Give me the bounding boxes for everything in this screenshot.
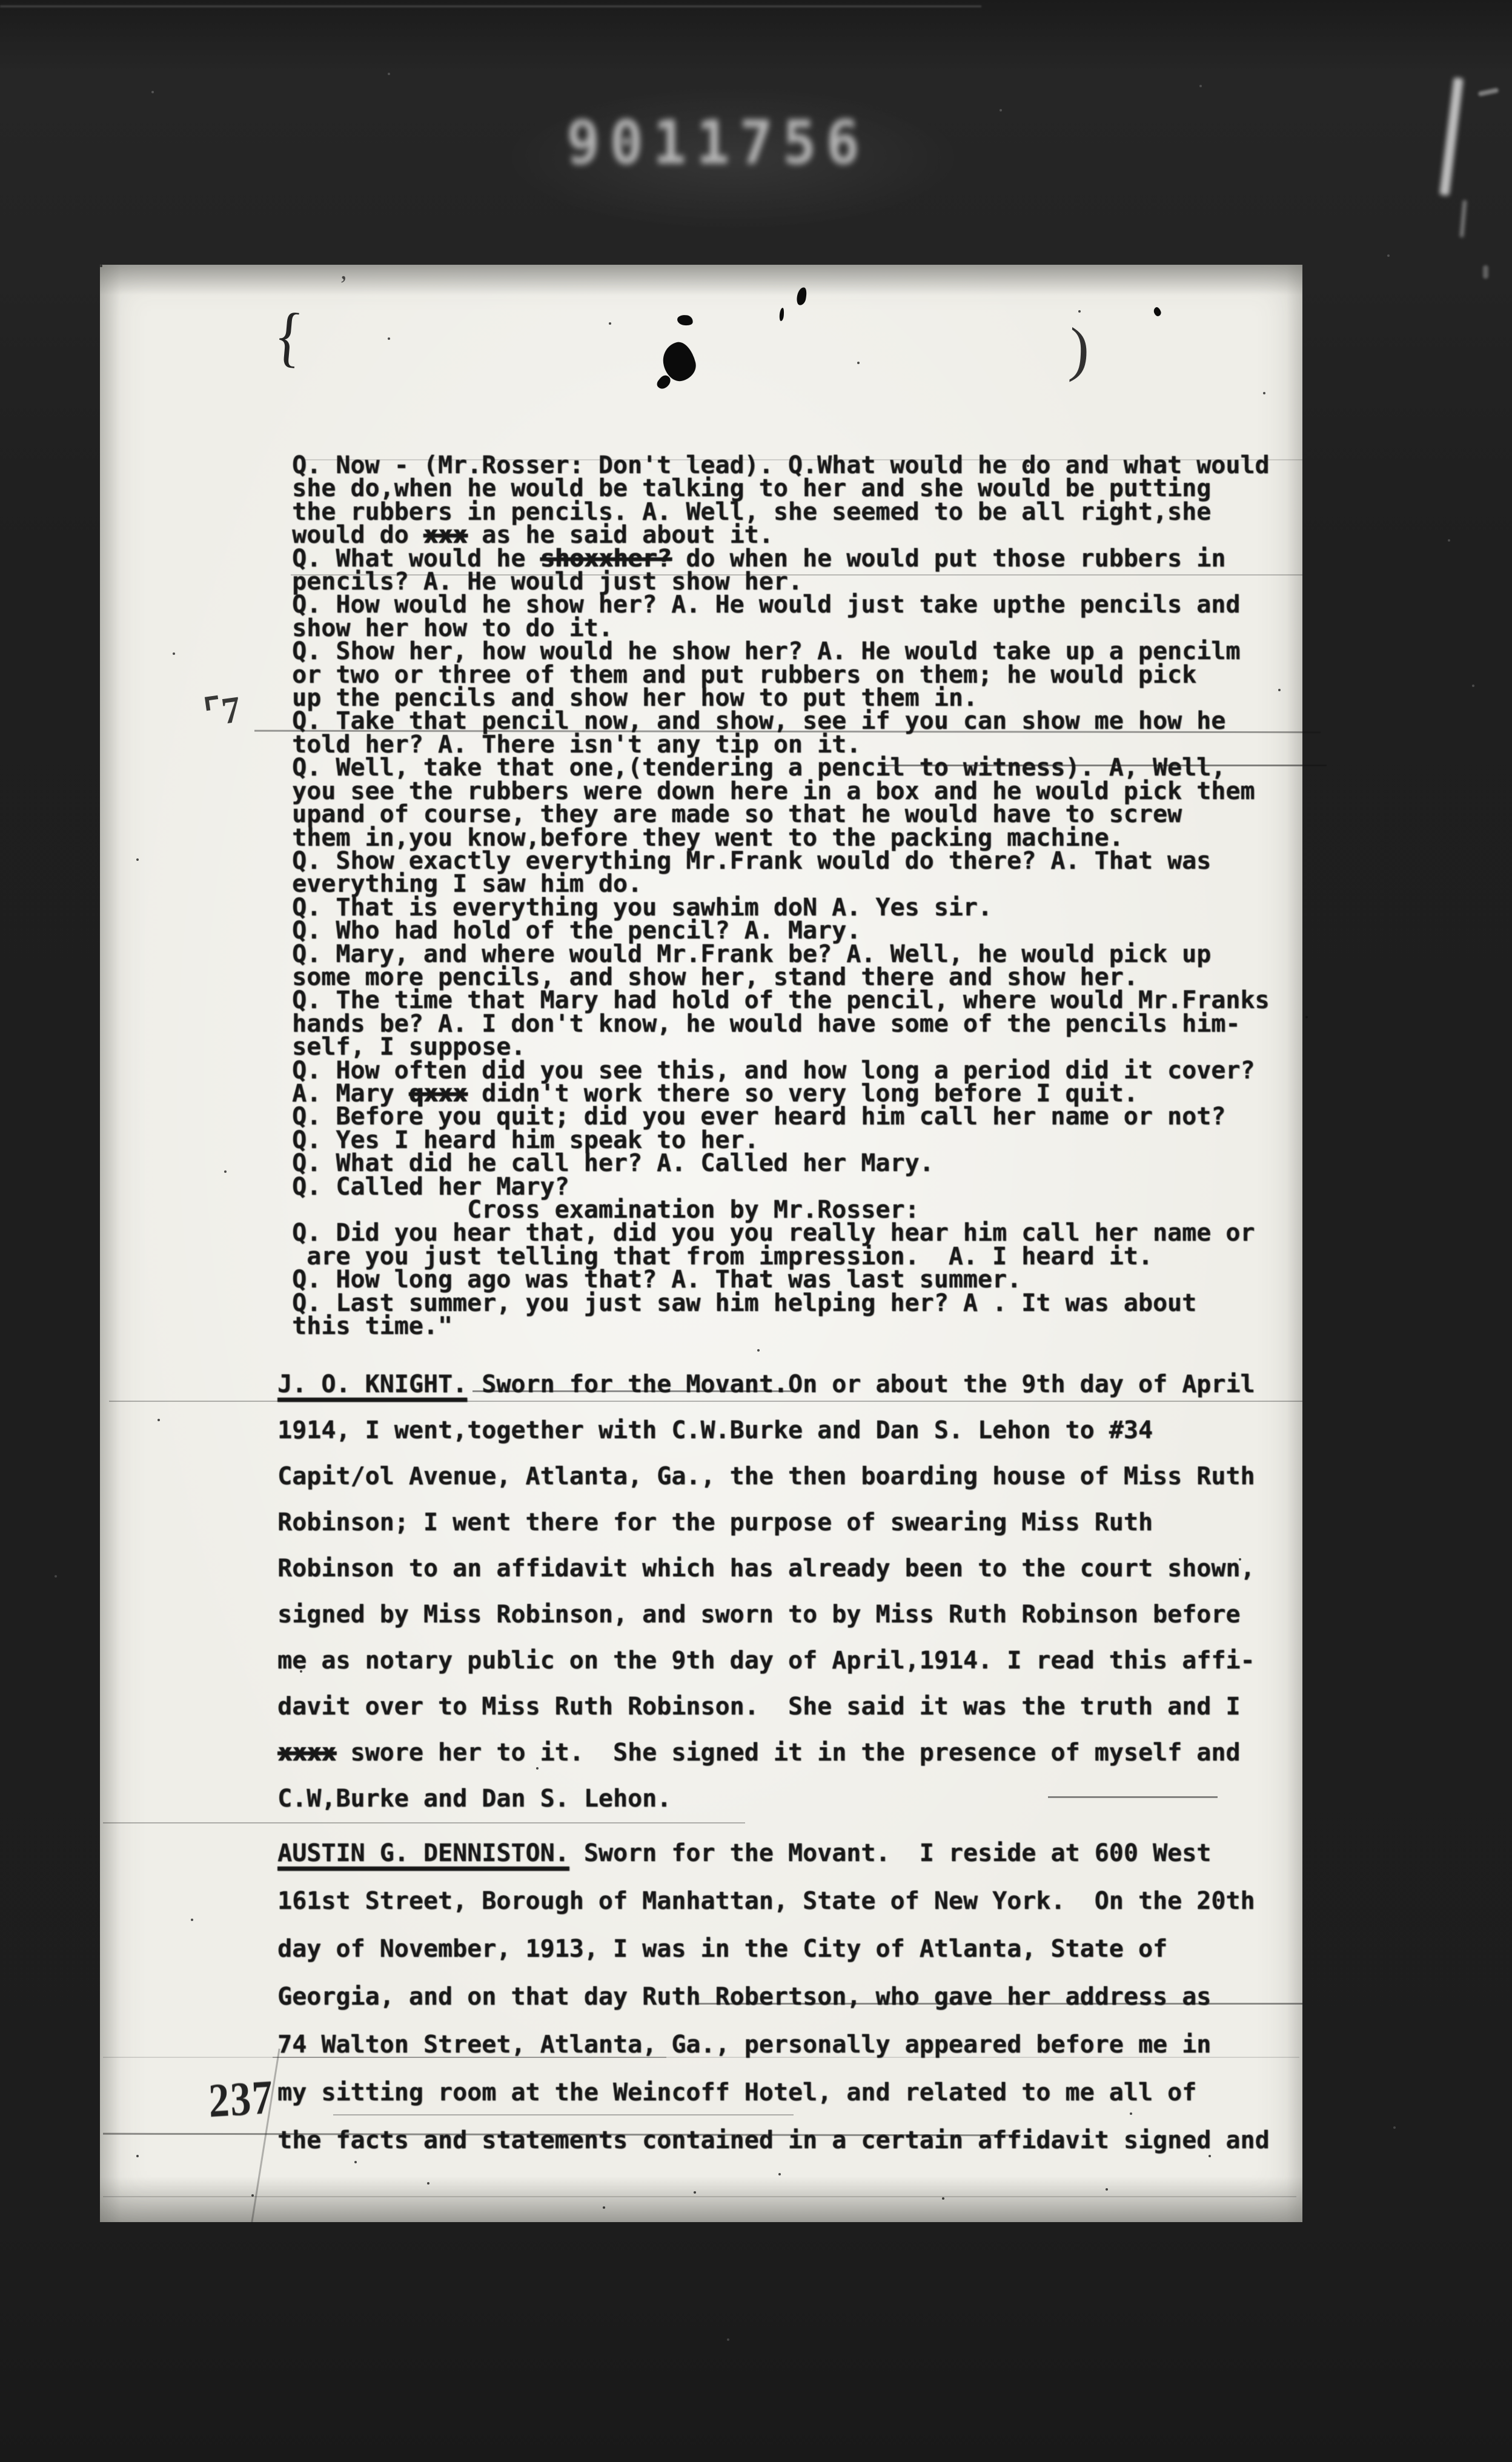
- text-line: you see the rubbers were down here in a …: [292, 780, 1270, 803]
- text-line: Q. Show her, how would he show her? A. H…: [292, 640, 1270, 663]
- text-line: Q. Last summer, you just saw him helping…: [292, 1292, 1270, 1315]
- film-line-artifact: [103, 2196, 1296, 2197]
- text-line: my sitting room at the Weincoff Hotel, a…: [277, 2069, 1270, 2117]
- text-line: Q. Yes I heard him speak to her.: [292, 1129, 1270, 1152]
- text-line: 1914, I went,together with C.W.Burke and…: [277, 1407, 1255, 1453]
- text-line: Q. Called her Mary?: [292, 1175, 1270, 1198]
- text-line: this time.": [292, 1315, 1270, 1338]
- document-page: { ) ’ ⌜7 Q. Now - (Mr.Rosser: Don't lead…: [100, 265, 1302, 2222]
- text-line: davit over to Miss Ruth Robinson. She sa…: [277, 1684, 1255, 1730]
- text-line: day of November, 1913, I was in the City…: [277, 1925, 1270, 1973]
- text-line: Q. How often did you see this, and how l…: [292, 1059, 1270, 1082]
- text-line: Q. Now - (Mr.Rosser: Don't lead). Q.What…: [292, 454, 1270, 477]
- film-speck: [151, 91, 154, 93]
- text-line: Q. What would he shoxxher? do when he wo…: [292, 547, 1270, 570]
- text-line: Cross examination by Mr.Rosser:: [292, 1198, 1270, 1221]
- text-line: are you just telling that from impressio…: [292, 1245, 1270, 1268]
- text-line: Capit/ol Avenue, Atlanta, Ga., the then …: [277, 1453, 1255, 1499]
- microfilm-scan: 9011756 { ) ’ ⌜7 Q. Now - (Mr.: [0, 0, 1512, 2462]
- stray-paren-mark: ): [1067, 314, 1091, 385]
- text-line: signed by Miss Robinson, and sworn to by…: [277, 1591, 1255, 1637]
- text-line: the rubbers in pencils. A. Well, she see…: [292, 500, 1270, 523]
- text-line: A. Mary qxxx didn't work there so very l…: [292, 1082, 1270, 1105]
- text-line: self, I suppose.: [292, 1035, 1270, 1058]
- film-scratch-line: [0, 5, 981, 7]
- knight-testimony: J. O. KNIGHT. Sworn for the Movant.On or…: [277, 1361, 1255, 1822]
- text-line: AUSTIN G. DENNISTON. Sworn for the Movan…: [277, 1830, 1270, 1877]
- text-line: J. O. KNIGHT. Sworn for the Movant.On or…: [277, 1361, 1255, 1407]
- qa-transcript: Q. Now - (Mr.Rosser: Don't lead). Q.What…: [292, 454, 1270, 1338]
- page-specks: [100, 265, 102, 267]
- ink-blob: [1153, 307, 1162, 317]
- text-line: Q. Who had hold of the pencil? A. Mary.: [292, 919, 1270, 942]
- ink-blob: [795, 287, 808, 306]
- text-line: Robinson to an affidavit which has alrea…: [277, 1545, 1255, 1591]
- text-line: would do xxx as he said about it.: [292, 523, 1270, 546]
- text-line: hands be? A. I don't know, he would have…: [292, 1012, 1270, 1035]
- text-line: Q. Take that pencil now, and show, see i…: [292, 709, 1270, 732]
- text-line: upand of course, they are made so that h…: [292, 803, 1270, 826]
- text-line: Q. That is everything you sawhim doN A. …: [292, 896, 1270, 919]
- text-line: Q. Did you hear that, did you you really…: [292, 1221, 1270, 1244]
- text-line: told her? A. There isn't any tip on it.: [292, 733, 1270, 756]
- text-line: 161st Street, Borough of Manhattan, Stat…: [277, 1877, 1270, 1925]
- text-line: me as notary public on the 9th day of Ap…: [277, 1637, 1255, 1684]
- film-scratch: [1483, 265, 1488, 279]
- text-line: up the pencils and show her how to put t…: [292, 686, 1270, 709]
- stray-brace-mark: {: [271, 296, 306, 376]
- page-number: 237: [208, 2073, 275, 2125]
- text-line: she do,when he would be talking to her a…: [292, 477, 1270, 500]
- ink-blob: [677, 314, 694, 327]
- text-line: them in,you know,before they went to the…: [292, 826, 1270, 849]
- text-line: C.W,Burke and Dan S. Lehon.: [277, 1776, 1255, 1822]
- text-line: Q. How long ago was that? A. That was la…: [292, 1268, 1270, 1291]
- text-line: pencils? A. He would just show her.: [292, 570, 1270, 593]
- film-scratch: [1478, 88, 1499, 97]
- text-line: or two or three of them and put rubbers …: [292, 663, 1270, 686]
- text-line: Q. Mary, and where would Mr.Frank be? A.…: [292, 943, 1270, 966]
- denniston-testimony: AUSTIN G. DENNISTON. Sworn for the Movan…: [277, 1830, 1270, 2165]
- text-line: xxxx swore her to it. She signed it in t…: [277, 1730, 1255, 1776]
- text-line: some more pencils, and show her, stand t…: [292, 966, 1270, 989]
- film-frame-number: 9011756: [566, 113, 906, 173]
- text-line: the facts and statements contained in a …: [277, 2117, 1270, 2165]
- text-line: Georgia, and on that day Ruth Robertson,…: [277, 1973, 1270, 2021]
- film-scratch: [1439, 78, 1464, 196]
- text-line: Q. The time that Mary had hold of the pe…: [292, 989, 1270, 1012]
- margin-handwritten-mark: ⌜7: [201, 686, 244, 736]
- text-line: Q. What did he call her? A. Called her M…: [292, 1152, 1270, 1175]
- text-line: 74 Walton Street, Atlanta, Ga., personal…: [277, 2021, 1270, 2069]
- text-line: Q. Well, take that one,(tendering a penc…: [292, 756, 1270, 779]
- text-line: Q. How would he show her? A. He would ju…: [292, 593, 1270, 616]
- film-line-artifact: [103, 1822, 745, 1823]
- stray-apostrophe-mark: ’: [339, 271, 348, 300]
- text-line: show her how to do it.: [292, 617, 1270, 640]
- text-line: Q. Before you quit; did you ever heard h…: [292, 1105, 1270, 1128]
- text-line: Q. Show exactly everything Mr.Frank woul…: [292, 849, 1270, 872]
- ink-blob: [779, 308, 784, 322]
- text-line: Robinson; I went there for the purpose o…: [277, 1499, 1255, 1545]
- film-scratch: [1459, 200, 1467, 237]
- text-line: everything I saw him do.: [292, 872, 1270, 895]
